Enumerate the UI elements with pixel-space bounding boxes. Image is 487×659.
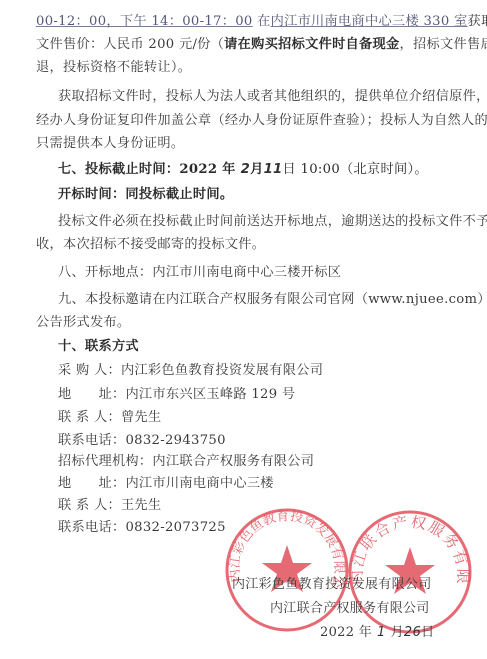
address-value: 内江市东兴区玉峰路 129 号: [125, 387, 295, 402]
purchaser-label: 采 购 人：: [58, 363, 121, 378]
purchaser-phone-row: 联系电话：0832-2943750: [58, 433, 226, 449]
pickup-rest: 获取。招标: [468, 14, 487, 29]
phone-value: 0832-2943750: [125, 433, 225, 448]
section-9-publication-1: 九、本投标邀请在内江联合产权服务有限公司官网（www.njuee.com）上以: [58, 292, 487, 308]
agency-label: 招标代理机构：: [58, 454, 152, 469]
section-9-publication-2: 公告形式发布。: [36, 315, 130, 331]
price-text-2: ，招标文件售后不: [400, 37, 487, 52]
price-text: 文件售价：人民币 200 元/份（: [36, 37, 224, 52]
address-label: 地 址：: [58, 476, 125, 491]
purchaser-contact-row: 联 系 人：曾先生: [58, 410, 161, 426]
agency-phone-row: 联系电话：0832-2073725: [58, 520, 226, 536]
purchaser-address-row: 地 址：内江市东兴区玉峰路 129 号: [58, 387, 295, 403]
agency-value: 内江联合产权服务有限公司: [152, 454, 314, 469]
submission-note-1: 投标文件必须在投标截止时间前送达开标地点，逾期送达的投标文件不予接: [58, 214, 487, 230]
non-refundable-line: 退，投标资格不能转让）。: [36, 60, 191, 76]
date-day-handwritten: 26: [404, 625, 421, 640]
agency-contact-row: 联 系 人：王先生: [58, 498, 161, 514]
pickup-at: 在: [257, 14, 271, 29]
tender-pickup-line-1: 00-12：00，下午 14：00-17：00 在内江市川南电商中心三楼 330…: [36, 14, 487, 30]
deadline-month-handwritten: 2: [241, 162, 250, 177]
opening-time: 开标时间：同投标截止时间。: [58, 187, 233, 203]
signature-org-1: 内江彩色鱼教育投资发展有限公司: [232, 573, 432, 592]
date-day: 日: [421, 625, 434, 640]
submission-note-2: 收，本次招标不接受邮寄的投标文件。: [36, 237, 265, 253]
agency-row: 招标代理机构：内江联合产权服务有限公司: [58, 454, 314, 470]
deadline-month-label: 月: [250, 162, 264, 177]
address-value: 内江市川南电商中心三楼: [125, 476, 273, 491]
purchaser-row: 采 购 人：内江彩色鱼教育投资发展有限公司: [58, 363, 323, 379]
date-month-handwritten: 1: [377, 625, 386, 640]
contact-label: 联 系 人：: [58, 498, 121, 513]
pickup-time: 00-12：00，下午 14：00-17：00: [36, 14, 253, 29]
deadline-day-label: 日 10:00（北京时间）。: [283, 162, 428, 177]
deadline-day-handwritten: 11: [264, 162, 283, 177]
purchaser-value: 内江彩色鱼教育投资发展有限公司: [121, 363, 323, 378]
requirements-line-1: 获取招标文件时，投标人为法人或者其他组织的，提供单位介绍信原件，附: [58, 89, 487, 105]
phone-value: 0832-2073725: [125, 520, 225, 535]
date-month: 月: [391, 625, 404, 640]
section-7-deadline: 七、投标截止时间：2022 年 2月11日 10:00（北京时间）。: [58, 162, 428, 178]
phone-label: 联系电话：: [58, 433, 125, 448]
agency-seal-icon: 内江联合产权服务有限公司: [345, 507, 475, 637]
requirements-line-2: 经办人身份证复印件加盖公章（经办人身份证原件查验）；投标人为自然人的，: [36, 113, 487, 129]
requirements-line-3: 只需提供本人身份证明。: [36, 136, 184, 152]
tender-price-line: 文件售价：人民币 200 元/份（请在购买招标文件时自备现金，招标文件售后不: [36, 37, 487, 53]
deadline-label: 七、投标截止时间：: [58, 162, 179, 177]
cash-notice: 请在购买招标文件时自备现金: [224, 37, 399, 52]
agency-address-row: 地 址：内江市川南电商中心三楼: [58, 476, 274, 492]
phone-label: 联系电话：: [58, 520, 125, 535]
deadline-year: 2022 年: [179, 162, 235, 177]
signature-date: 2022 年1月26日: [320, 621, 434, 640]
contact-label: 联 系 人：: [58, 410, 121, 425]
date-year: 2022 年: [320, 625, 372, 640]
contact-value: 曾先生: [121, 410, 161, 425]
contact-value: 王先生: [121, 498, 161, 513]
signature-org-2: 内江联合产权服务有限公司: [270, 597, 430, 616]
address-label: 地 址：: [58, 387, 125, 402]
pickup-place: 内江市川南电商中心三楼 330 室: [271, 14, 468, 29]
section-8-location: 八、开标地点：内江市川南电商中心三楼开标区: [58, 265, 341, 281]
section-10-title: 十、联系方式: [58, 339, 139, 355]
